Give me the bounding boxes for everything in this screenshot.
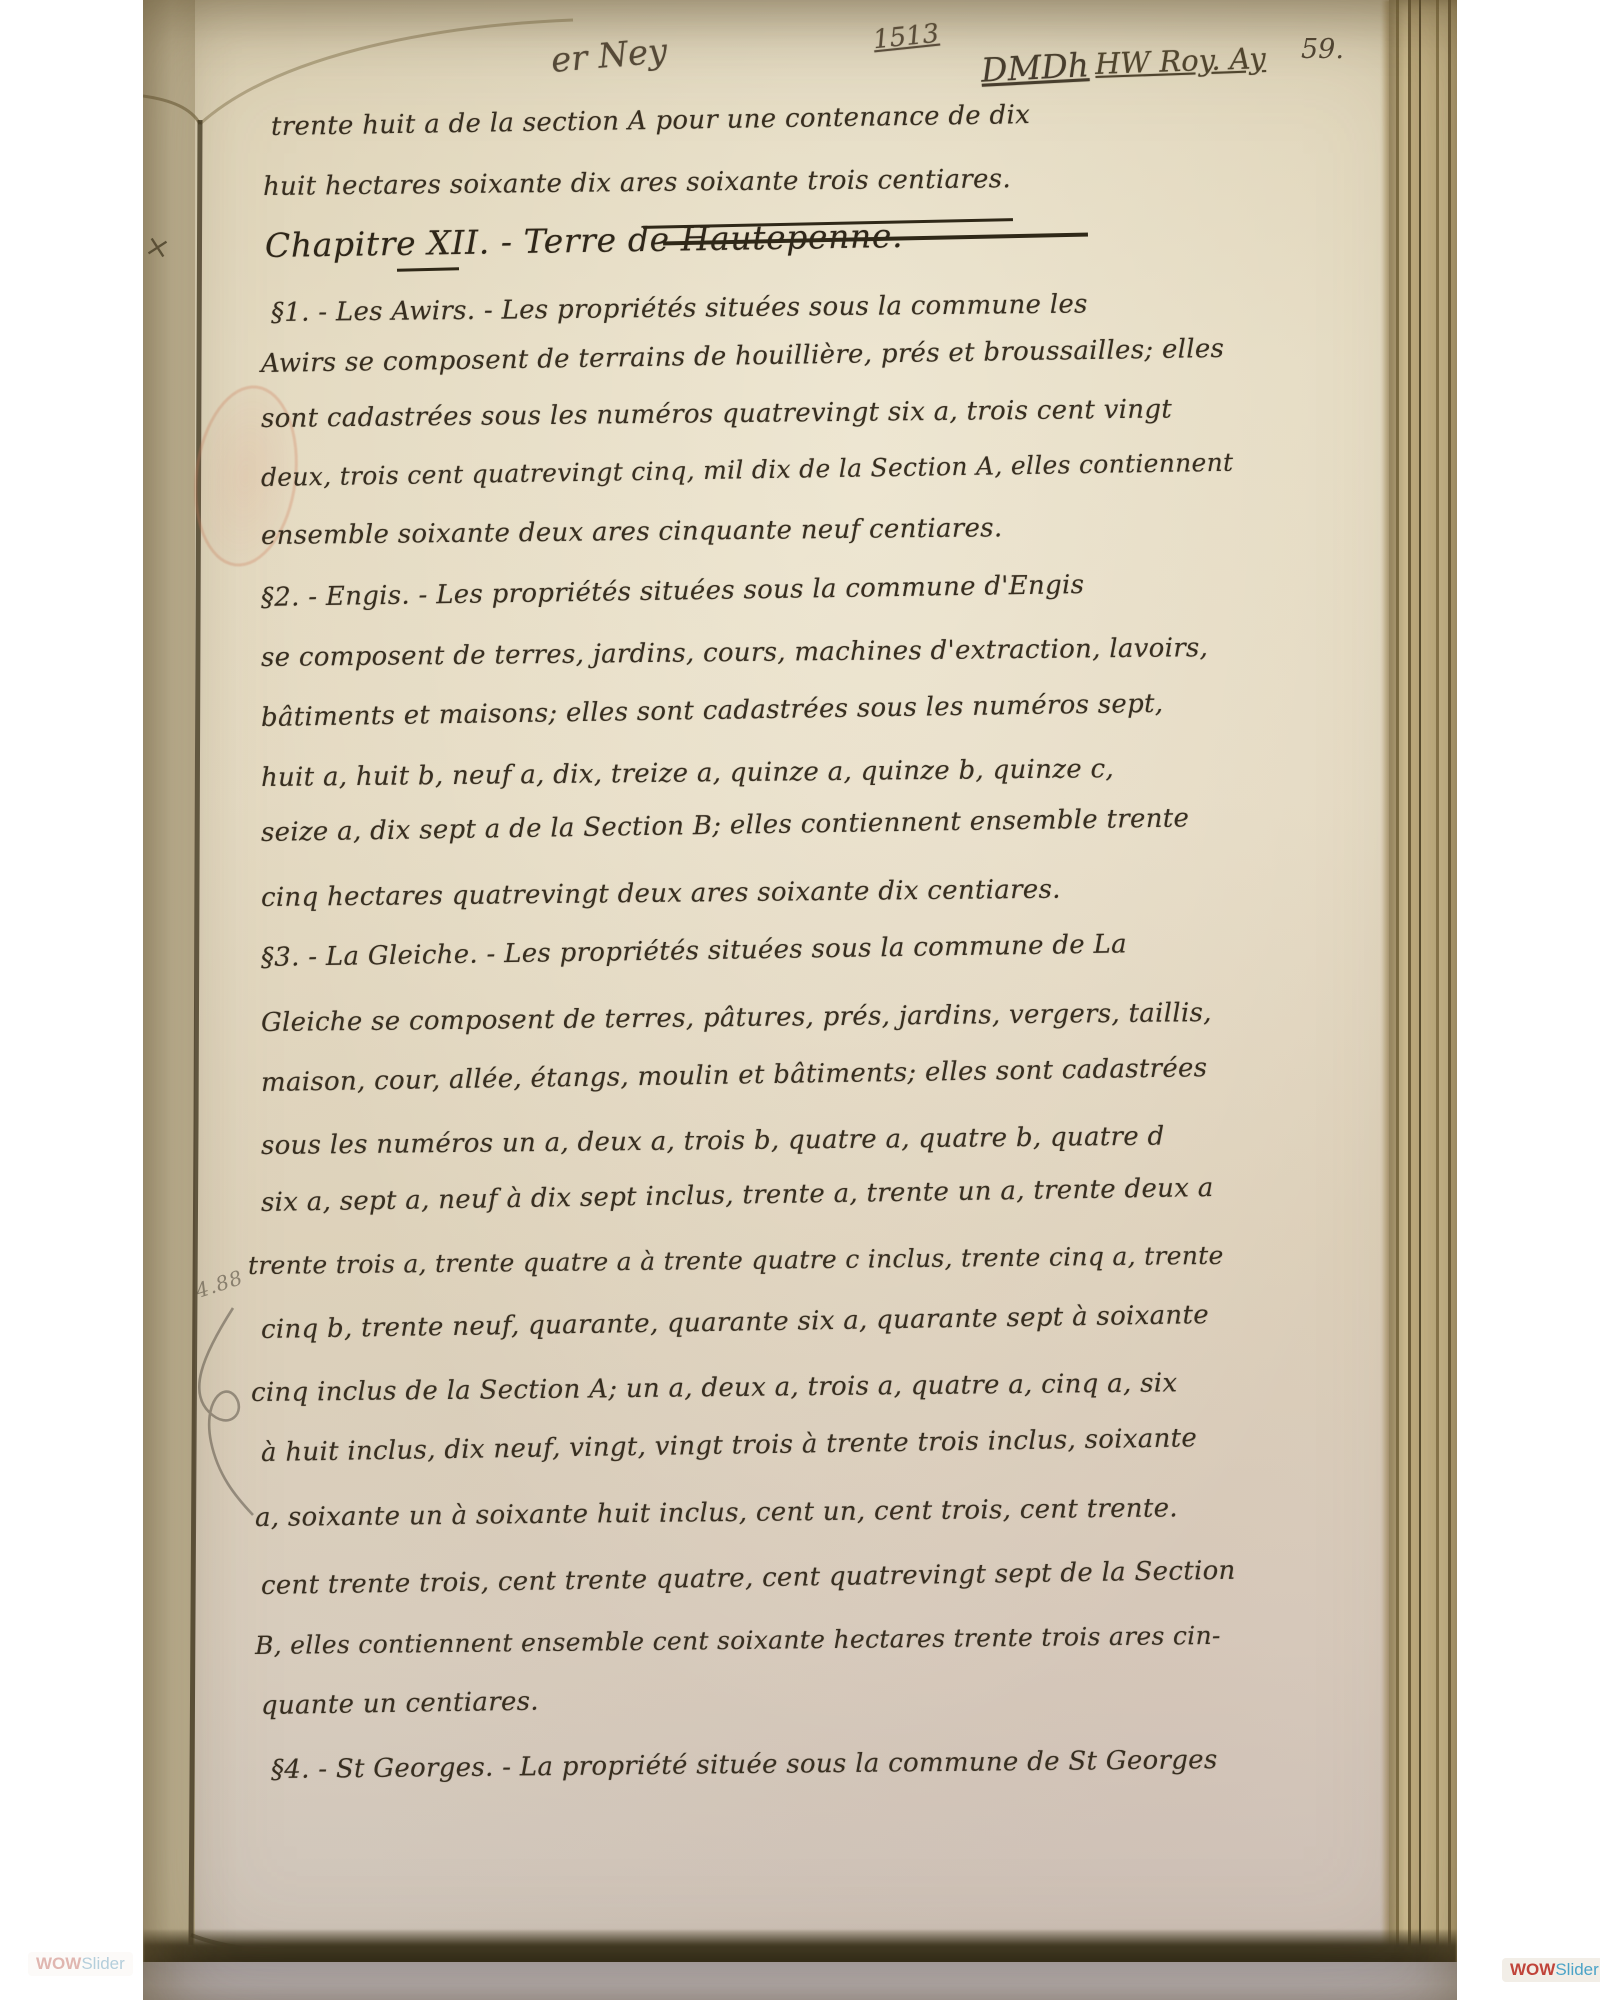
manuscript-line: quante un centiares.: [261, 1687, 539, 1721]
wowslider-watermark-left[interactable]: WOWSlider: [28, 1952, 133, 1976]
margin-flourish: [173, 1300, 268, 1530]
screenshot-canvas: × er Ney 1513 DMDh HW Roy. Ay 59. trente…: [0, 0, 1600, 2000]
page-stack-edges: [1389, 0, 1457, 1982]
book-bottom-shadow: [143, 1930, 1457, 1964]
watermark-wow-text: WOW: [36, 1954, 81, 1973]
watermark-slider-text: Slider: [81, 1954, 124, 1973]
watermark-wow-text: WOW: [1510, 1960, 1555, 1979]
manuscript-photo: × er Ney 1513 DMDh HW Roy. Ay 59. trente…: [143, 0, 1457, 2000]
header-annotation-right: HW Roy. Ay: [1094, 41, 1266, 81]
wowslider-watermark-right[interactable]: WOWSlider: [1502, 1958, 1600, 1982]
page-number: 59.: [1301, 34, 1344, 65]
watermark-slider-text: Slider: [1555, 1960, 1598, 1979]
table-surface: [143, 1962, 1457, 2000]
header-annotation-mid: DMDh: [980, 45, 1090, 90]
